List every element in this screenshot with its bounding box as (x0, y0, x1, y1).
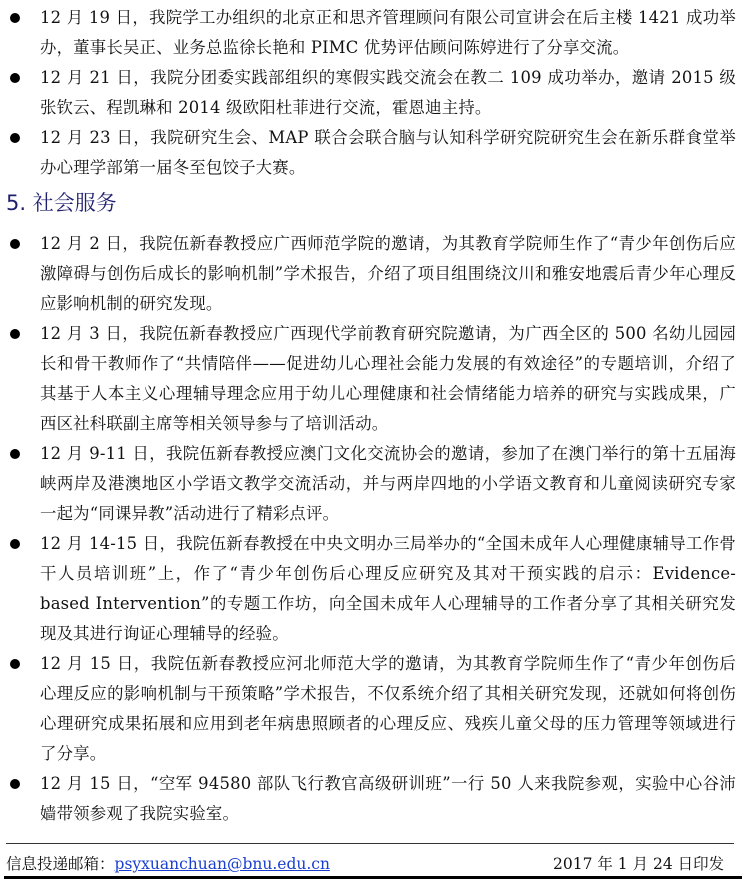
list-item-text: 12 月 23 日，我院研究生会、MAP 联合会联合脑与认知科学研究院研究生会在… (40, 128, 736, 177)
list-item-text: 12 月 9-11 日，我院伍新春教授应澳门文化交流协会的邀请，参加了在澳门举行… (40, 444, 736, 523)
bullet-icon (10, 449, 20, 459)
email-label: 信息投递邮箱： (6, 855, 115, 873)
list-item: 12 月 21 日，我院分团委实践部组织的寒假实践交流会在教二 109 成功举办… (0, 63, 750, 123)
bullet-icon (10, 239, 20, 249)
bullet-icon (10, 539, 20, 549)
list-item: 12 月 14-15 日，我院伍新春教授在中央文明办三局举办的“全国未成年人心理… (0, 529, 750, 649)
list-item-text: 12 月 15 日，我院伍新春教授应河北师范大学的邀请，为其教育学院师生作了“青… (40, 654, 736, 763)
footer-divider-thick (4, 876, 742, 879)
bullet-icon (10, 73, 20, 83)
list-item-text: 12 月 2 日，我院伍新春教授应广西师范学院的邀请，为其教育学院师生作了“青少… (40, 234, 736, 313)
list-item-text: 12 月 21 日，我院分团委实践部组织的寒假实践交流会在教二 109 成功举办… (40, 68, 736, 117)
list-item-text: 12 月 19 日，我院学工办组织的北京正和思齐管理顾问有限公司宣讲会在后主楼 … (40, 8, 736, 57)
list-item: 12 月 3 日，我院伍新春教授应广西现代学前教育研究院邀请，为广西全区的 50… (0, 319, 750, 439)
newsletter-page: 12 月 19 日，我院学工办组织的北京正和思齐管理顾问有限公司宣讲会在后主楼 … (0, 0, 750, 893)
events-list: 12 月 19 日，我院学工办组织的北京正和思齐管理顾问有限公司宣讲会在后主楼 … (0, 3, 750, 183)
bullet-icon (10, 329, 20, 339)
bullet-icon (10, 779, 20, 789)
section-heading: 5. 社会服务 (6, 188, 117, 218)
bullet-icon (10, 133, 20, 143)
bullet-icon (10, 659, 20, 669)
list-item: 12 月 23 日，我院研究生会、MAP 联合会联合脑与认知科学研究院研究生会在… (0, 123, 750, 183)
email-link[interactable]: psyxuanchuan@bnu.edu.cn (115, 855, 330, 873)
footer-divider-thin (6, 843, 734, 844)
footer-contact: 信息投递邮箱：psyxuanchuan@bnu.edu.cn (6, 851, 330, 877)
service-list: 12 月 2 日，我院伍新春教授应广西师范学院的邀请，为其教育学院师生作了“青少… (0, 229, 750, 829)
list-item: 12 月 2 日，我院伍新春教授应广西师范学院的邀请，为其教育学院师生作了“青少… (0, 229, 750, 319)
list-item: 12 月 15 日，“空军 94580 部队飞行教官高级研训班”一行 50 人来… (0, 769, 750, 829)
list-item-text: 12 月 15 日，“空军 94580 部队飞行教官高级研训班”一行 50 人来… (40, 774, 736, 823)
footer: 信息投递邮箱：psyxuanchuan@bnu.edu.cn 2017 年 1 … (6, 851, 744, 877)
list-item: 12 月 19 日，我院学工办组织的北京正和思齐管理顾问有限公司宣讲会在后主楼 … (0, 3, 750, 63)
list-item-text: 12 月 3 日，我院伍新春教授应广西现代学前教育研究院邀请，为广西全区的 50… (40, 324, 736, 433)
list-item: 12 月 15 日，我院伍新春教授应河北师范大学的邀请，为其教育学院师生作了“青… (0, 649, 750, 769)
list-item: 12 月 9-11 日，我院伍新春教授应澳门文化交流协会的邀请，参加了在澳门举行… (0, 439, 750, 529)
issue-date: 2017 年 1 月 24 日印发 (553, 851, 724, 877)
bullet-icon (10, 13, 20, 23)
list-item-text: 12 月 14-15 日，我院伍新春教授在中央文明办三局举办的“全国未成年人心理… (40, 534, 736, 643)
